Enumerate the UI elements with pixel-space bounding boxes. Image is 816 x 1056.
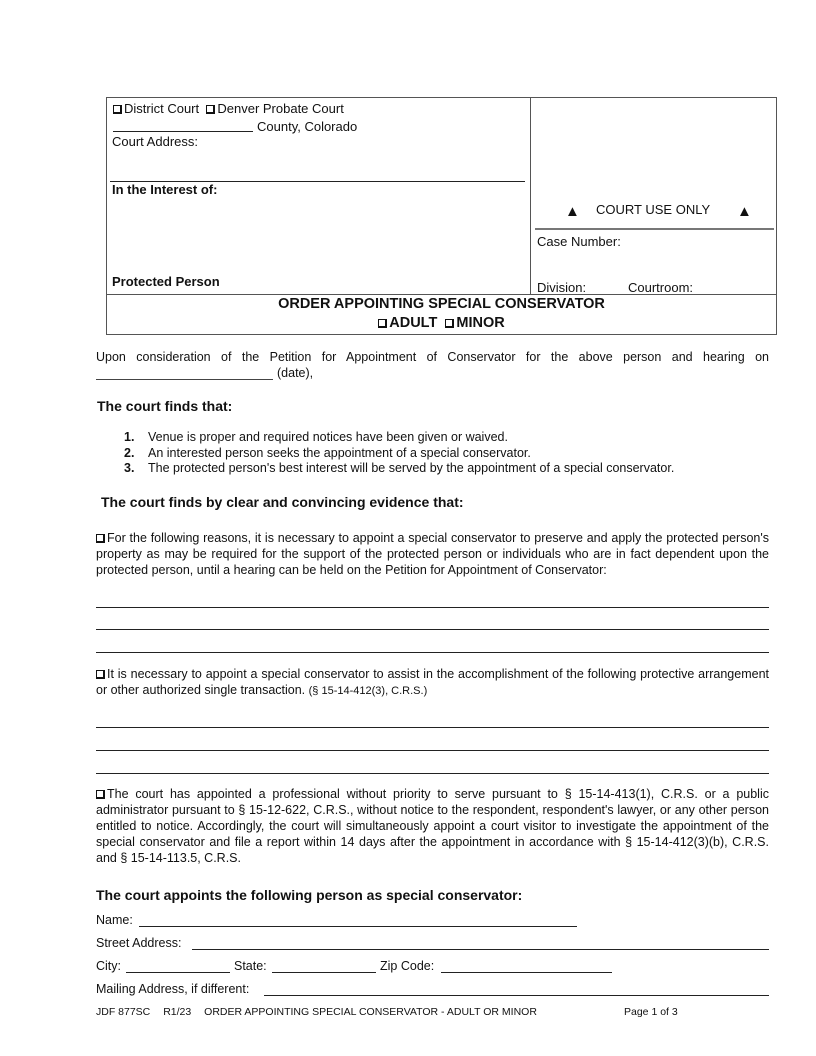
page-title: ORDER APPOINTING SPECIAL CONSERVATOR (106, 296, 777, 312)
reasons-line-1[interactable] (96, 607, 769, 608)
checkbox-icon[interactable] (96, 670, 105, 679)
zip-code-field[interactable] (441, 972, 612, 973)
triangle-up-icon: ▲ (565, 203, 580, 220)
checkbox-icon[interactable] (445, 319, 454, 328)
findings-list: 1.Venue is proper and required notices h… (124, 430, 674, 477)
name-field[interactable] (139, 926, 577, 927)
checkbox-icon[interactable] (113, 105, 122, 114)
street-address-field[interactable] (192, 949, 769, 950)
hearing-date-field[interactable] (96, 379, 273, 380)
transaction-line-3[interactable] (96, 773, 769, 774)
option-single-transaction: It is necessary to appoint a special con… (96, 666, 769, 699)
street-address-label: Street Address: (96, 936, 181, 950)
court-use-only-label: COURT USE ONLY (596, 202, 710, 217)
courtroom-label: Courtroom: (628, 280, 693, 295)
name-label: Name: (96, 913, 133, 927)
list-item: 3.The protected person's best interest w… (124, 461, 674, 477)
court-use-divider (535, 228, 774, 230)
triangle-up-icon: ▲ (737, 203, 752, 220)
option-preserve-property: For the following reasons, it is necessa… (96, 530, 769, 578)
city-field[interactable] (126, 972, 230, 973)
minor-option[interactable]: MINOR (445, 315, 504, 331)
in-the-interest-label: In the Interest of: (112, 182, 217, 197)
zip-code-label: Zip Code: (380, 959, 434, 973)
mailing-address-label: Mailing Address, if different: (96, 982, 249, 996)
checkbox-icon[interactable] (206, 105, 215, 114)
court-selector: District Court Denver Probate Court (113, 101, 344, 116)
evidence-heading: The court finds by clear and convincing … (101, 494, 464, 510)
transaction-line-1[interactable] (96, 727, 769, 728)
denver-probate-court-option[interactable]: Denver Probate Court (206, 101, 343, 116)
state-field[interactable] (272, 972, 376, 973)
findings-heading: The court finds that: (97, 398, 232, 414)
intro-text: Upon consideration of the Petition for A… (96, 350, 769, 364)
caption-divider (530, 97, 531, 294)
division-label: Division: (537, 280, 586, 295)
form-revision: R1/23 (163, 1006, 191, 1018)
case-number-label: Case Number: (537, 234, 621, 249)
county-suffix: County, Colorado (257, 119, 357, 134)
age-selector: ADULT MINOR (106, 315, 777, 331)
district-court-option[interactable]: District Court (113, 101, 199, 116)
option-professional-appointment: The court has appointed a professional w… (96, 786, 769, 866)
city-label: City: (96, 959, 121, 973)
mailing-address-field[interactable] (264, 995, 769, 996)
checkbox-icon[interactable] (96, 790, 105, 799)
county-field[interactable] (113, 131, 253, 132)
checkbox-icon[interactable] (378, 319, 387, 328)
form-title: ORDER APPOINTING SPECIAL CONSERVATOR - A… (204, 1006, 537, 1018)
appointee-heading: The court appoints the following person … (96, 887, 522, 903)
footer: JDF 877SC R1/23 ORDER APPOINTING SPECIAL… (96, 1006, 537, 1018)
court-address-label: Court Address: (112, 134, 198, 149)
protected-person-label: Protected Person (112, 274, 220, 289)
reasons-line-3[interactable] (96, 652, 769, 653)
reasons-line-2[interactable] (96, 629, 769, 630)
checkbox-icon[interactable] (96, 534, 105, 543)
state-label: State: (234, 959, 267, 973)
date-suffix: (date), (277, 366, 313, 380)
transaction-line-2[interactable] (96, 750, 769, 751)
form-id: JDF 877SC (96, 1006, 150, 1018)
page-number: Page 1 of 3 (624, 1006, 678, 1018)
adult-option[interactable]: ADULT (378, 315, 437, 331)
list-item: 1.Venue is proper and required notices h… (124, 430, 674, 446)
list-item: 2.An interested person seeks the appoint… (124, 446, 674, 462)
